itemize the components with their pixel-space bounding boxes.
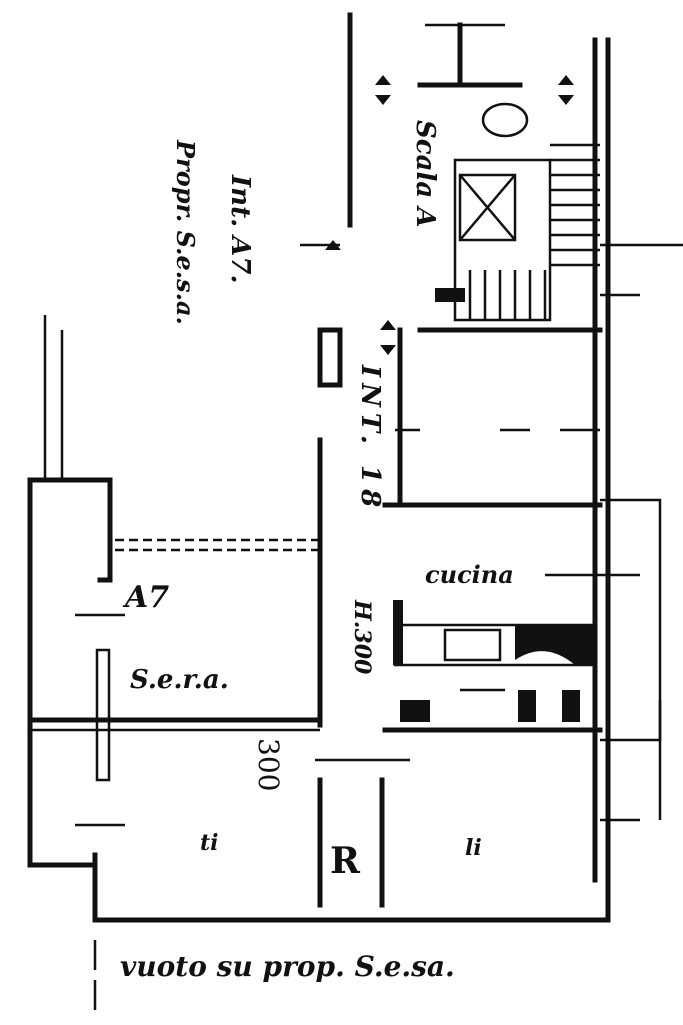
proprieta-label: Propr. S.e.s.a. <box>171 140 200 325</box>
room-height-label: 300 <box>252 738 285 791</box>
room-mark-left: ti <box>200 830 219 856</box>
interno-label: Int. A7. <box>225 175 255 284</box>
footer-note: vuoto su prop. S.e.sa. <box>120 950 455 983</box>
room-a17-label: A7 <box>125 580 169 615</box>
room-mark-right: li <box>465 835 482 861</box>
unit-label: INT. 18 <box>355 365 385 513</box>
room-owner-label: S.e.r.a. <box>130 665 229 695</box>
stair-label: Scala A <box>410 120 440 227</box>
kitchen-label: cucina <box>425 560 514 589</box>
closet-label: R <box>330 840 360 882</box>
stair-treads <box>470 145 600 320</box>
height-label: H.300 <box>349 600 375 674</box>
